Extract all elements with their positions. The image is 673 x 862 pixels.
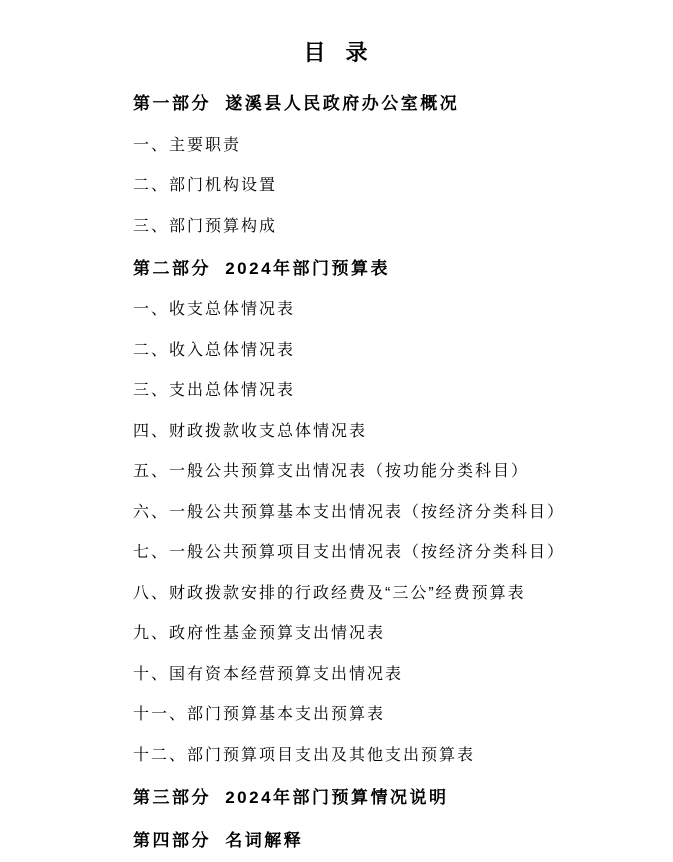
- toc-part-heading-4: 第四部分 名词解释: [0, 817, 673, 860]
- toc-item: 七、一般公共预算项目支出情况表（按经济分类科目）: [0, 531, 673, 572]
- toc-part-heading-1: 第一部分 遂溪县人民政府办公室概况: [0, 80, 673, 123]
- toc-item: 一、主要职责: [0, 123, 673, 164]
- table-of-contents: 第一部分 遂溪县人民政府办公室概况 一、主要职责 二、部门机构设置 三、部门预算…: [0, 80, 673, 860]
- toc-part-heading-3: 第三部分 2024年部门预算情况说明: [0, 774, 673, 817]
- toc-item: 十二、部门预算项目支出及其他支出预算表: [0, 733, 673, 774]
- toc-item: 八、财政拨款安排的行政经费及“三公”经费预算表: [0, 571, 673, 612]
- toc-item: 五、一般公共预算支出情况表（按功能分类科目）: [0, 450, 673, 491]
- toc-item: 四、财政拨款收支总体情况表: [0, 409, 673, 450]
- toc-item: 十一、部门预算基本支出预算表: [0, 693, 673, 734]
- toc-item: 三、支出总体情况表: [0, 369, 673, 410]
- toc-item: 九、政府性基金预算支出情况表: [0, 612, 673, 653]
- page-title: 目 录: [0, 0, 673, 67]
- toc-item: 二、收入总体情况表: [0, 328, 673, 369]
- toc-page: 目 录 第一部分 遂溪县人民政府办公室概况 一、主要职责 二、部门机构设置 三、…: [0, 0, 673, 862]
- toc-item: 六、一般公共预算基本支出情况表（按经济分类科目）: [0, 490, 673, 531]
- toc-item: 十、国有资本经营预算支出情况表: [0, 652, 673, 693]
- toc-item: 二、部门机构设置: [0, 164, 673, 205]
- toc-part-heading-2: 第二部分 2024年部门预算表: [0, 245, 673, 288]
- toc-item: 一、收支总体情况表: [0, 288, 673, 329]
- toc-item: 三、部门预算构成: [0, 204, 673, 245]
